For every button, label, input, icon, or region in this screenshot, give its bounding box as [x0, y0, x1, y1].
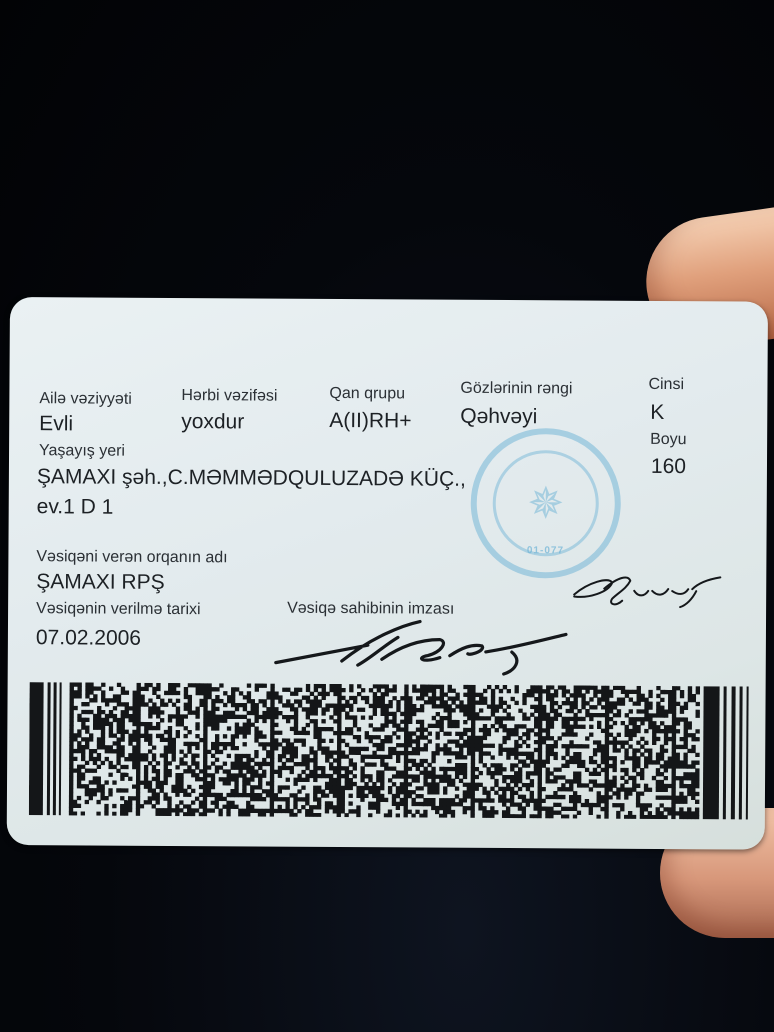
marital-status-label: Ailə vəziyyəti — [39, 390, 132, 409]
eye-color-value: Qəhvəyi — [460, 405, 537, 429]
height-value: 160 — [651, 455, 686, 479]
eye-color-label: Gözlərinin rəngi — [460, 380, 572, 399]
official-stamp: ✵ 01-077 — [470, 428, 621, 579]
military-duty-label: Hərbi vəzifəsi — [181, 387, 277, 406]
residence-label: Yaşayış yeri — [39, 442, 125, 461]
issuing-authority-label: Vəsiqəni verən orqanın adı — [36, 548, 227, 567]
id-card-back: Ailə vəziyyəti Evli Hərbi vəzifəsi yoxdu… — [7, 297, 768, 850]
residence-line1: ŞAMAXI şəh.,C.MƏMMƏDQULUZADƏ KÜÇ., — [37, 465, 466, 492]
pdf417-barcode — [29, 682, 754, 819]
sex-value: K — [650, 401, 664, 425]
height-label: Boyu — [650, 431, 687, 449]
photo-scene: Ailə vəziyyəti Evli Hərbi vəzifəsi yoxdu… — [0, 0, 774, 1032]
issuing-authority-value: ŞAMAXI RPŞ — [36, 570, 165, 595]
sex-label: Cinsi — [648, 376, 684, 394]
star-emblem-icon: ✵ — [477, 478, 615, 530]
issue-date-label: Vəsiqənin verilmə tarixi — [36, 600, 201, 619]
official-signature — [568, 568, 728, 609]
blood-group-value: A(II)RH+ — [329, 409, 411, 434]
issue-date-value: 07.02.2006 — [36, 626, 141, 651]
blood-group-label: Qan qrupu — [329, 385, 405, 403]
residence-line2: ev.1 D 1 — [37, 495, 114, 519]
holder-signature — [272, 617, 572, 679]
military-duty-value: yoxdur — [181, 410, 244, 434]
marital-status-value: Evli — [39, 412, 73, 436]
stamp-code: 01-077 — [476, 545, 614, 557]
